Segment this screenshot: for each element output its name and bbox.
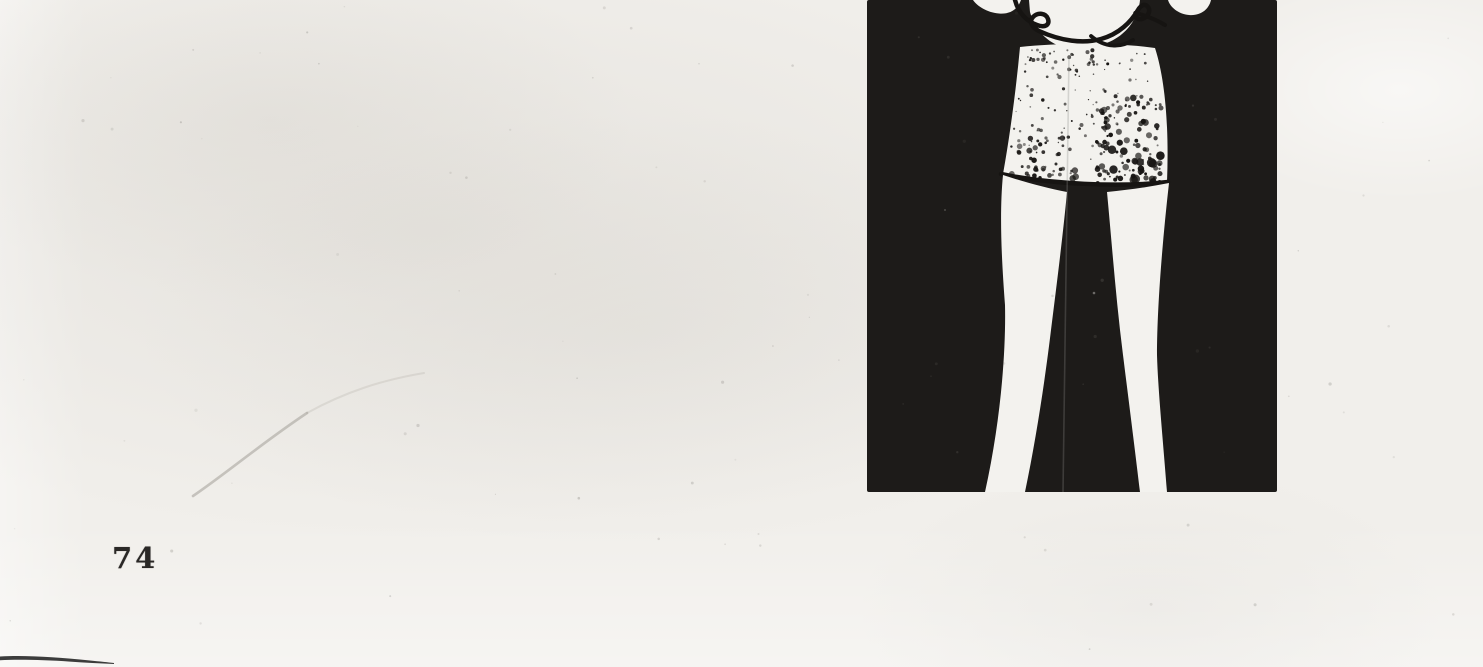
texture-dot — [1096, 63, 1098, 65]
texture-dot — [1106, 62, 1109, 65]
texture-dot — [1153, 176, 1157, 180]
texture-dot — [1052, 170, 1055, 173]
texture-dot — [1041, 98, 1044, 101]
texture-dot — [1047, 107, 1049, 109]
texture-dot — [1117, 105, 1122, 110]
texture-dot — [1023, 143, 1026, 146]
bottom-edge-streak — [0, 656, 114, 664]
texture-dot — [1104, 117, 1110, 123]
texture-dot — [1095, 140, 1098, 143]
texture-dot — [465, 176, 468, 179]
texture-dot — [1079, 75, 1081, 77]
texture-dot — [1093, 104, 1094, 105]
texture-dot — [757, 533, 759, 535]
texture-dot — [81, 119, 84, 122]
texture-dot — [1027, 56, 1029, 58]
texture-dot — [1087, 63, 1091, 67]
texture-dot — [1127, 112, 1132, 117]
texture-dot — [1139, 95, 1143, 99]
texture-dot — [1146, 132, 1152, 138]
texture-dot — [1017, 150, 1021, 154]
texture-dot — [1041, 150, 1045, 154]
texture-dot — [1103, 151, 1105, 153]
texture-dot — [1073, 65, 1074, 66]
texture-dot — [10, 620, 11, 621]
texture-dot — [336, 253, 339, 256]
texture-dot — [1020, 100, 1021, 101]
texture-dot — [1098, 143, 1102, 147]
texture-dot — [734, 459, 736, 461]
texture-dot — [1328, 382, 1331, 385]
texture-dot — [1018, 98, 1020, 100]
texture-dot — [1104, 69, 1105, 70]
texture-dot — [14, 528, 15, 529]
texture-dot — [1124, 117, 1129, 122]
texture-dot — [1051, 67, 1054, 70]
texture-dot — [1064, 103, 1067, 106]
texture-dot — [1075, 74, 1077, 76]
texture-dot — [1144, 53, 1146, 55]
texture-dot — [1142, 106, 1146, 110]
texture-dot — [1056, 153, 1059, 156]
scratch-mark — [193, 413, 307, 496]
texture-dot — [1343, 411, 1345, 413]
texture-dot — [1019, 130, 1021, 132]
texture-dot — [1124, 174, 1126, 176]
texture-dot — [1063, 127, 1065, 129]
texture-dot — [1157, 144, 1159, 146]
texture-dot — [1128, 78, 1131, 81]
texture-dot — [1104, 123, 1110, 129]
texture-dot — [578, 497, 581, 500]
texture-dot — [1036, 152, 1038, 154]
texture-dot — [318, 63, 320, 65]
texture-dot — [1121, 162, 1124, 165]
texture-dot — [1116, 100, 1119, 103]
texture-dot — [1144, 147, 1149, 152]
texture-dot — [1109, 165, 1117, 173]
texture-dot — [1362, 194, 1364, 196]
texture-dot — [1104, 170, 1108, 174]
texture-dot — [259, 52, 261, 54]
texture-dot — [1155, 108, 1158, 111]
texture-dot — [1030, 151, 1032, 153]
texture-dot — [1154, 123, 1160, 128]
texture-dot — [1149, 98, 1153, 102]
texture-dot — [1124, 137, 1130, 143]
plate-dust-speck — [944, 209, 946, 211]
texture-dot — [698, 63, 699, 64]
texture-dot — [1024, 536, 1026, 538]
texture-dot — [194, 409, 197, 412]
texture-dot — [1114, 117, 1115, 118]
texture-dot — [1054, 109, 1056, 111]
texture-dot — [1053, 51, 1055, 53]
texture-dot — [123, 440, 125, 442]
texture-dot — [1037, 128, 1041, 132]
texture-dot — [1093, 63, 1095, 65]
texture-dot — [1044, 549, 1047, 552]
texture-dot — [111, 128, 114, 131]
texture-dot — [1069, 175, 1075, 181]
texture-dot — [1049, 52, 1051, 54]
texture-dot — [1086, 50, 1090, 54]
texture-dot — [1144, 172, 1147, 175]
texture-dot — [1088, 99, 1089, 100]
texture-dot — [1097, 173, 1102, 178]
texture-dot — [576, 377, 578, 379]
texture-dot — [1138, 169, 1144, 175]
texture-dot — [1156, 151, 1165, 160]
texture-dot — [1387, 325, 1390, 328]
texture-dot — [1109, 176, 1111, 178]
texture-dot — [838, 359, 839, 360]
texture-dot — [1106, 135, 1108, 137]
texture-dot — [1149, 153, 1151, 155]
texture-dot — [201, 138, 203, 140]
texture-dot — [721, 381, 724, 384]
texture-dot — [231, 482, 233, 484]
texture-dot — [1108, 133, 1113, 138]
texture-dot — [1153, 136, 1157, 140]
texture-dot — [1136, 95, 1138, 97]
texture-dot — [1130, 95, 1137, 102]
texture-dot — [1157, 160, 1163, 166]
texture-dot — [1031, 49, 1033, 51]
texture-dot — [1029, 93, 1033, 97]
texture-dot — [1066, 49, 1068, 51]
texture-dot — [1146, 104, 1148, 106]
texture-dot — [1071, 120, 1073, 122]
texture-dot — [1060, 135, 1066, 141]
texture-dot — [180, 121, 182, 123]
texture-dot — [1136, 53, 1138, 55]
texture-dot — [23, 379, 24, 380]
texture-dot — [809, 317, 810, 318]
texture-dot — [1119, 63, 1121, 65]
texture-dot — [1021, 165, 1024, 168]
texture-dot — [306, 31, 308, 33]
texture-dot — [1126, 159, 1130, 163]
texture-dot — [1393, 456, 1395, 458]
texture-dot — [449, 172, 451, 174]
texture-dot — [1132, 169, 1135, 172]
texture-dot — [1134, 111, 1138, 115]
texture-dot — [1062, 87, 1065, 90]
texture-dot — [389, 595, 391, 597]
halftone-illustration — [867, 0, 1277, 492]
texture-dot — [1058, 173, 1062, 177]
texture-dot — [554, 273, 556, 275]
texture-dot — [1031, 124, 1034, 127]
texture-dot — [1095, 101, 1097, 103]
texture-dot — [1062, 144, 1065, 147]
texture-dot — [1159, 103, 1162, 106]
texture-dot — [1129, 68, 1131, 70]
texture-dot — [1122, 164, 1129, 171]
texture-dot — [1051, 174, 1053, 176]
texture-dot — [703, 180, 705, 182]
texture-dot — [1025, 63, 1027, 65]
texture-dot — [1135, 143, 1140, 148]
texture-dot — [1024, 70, 1026, 72]
texture-dot — [1120, 147, 1128, 155]
texture-dot — [691, 482, 694, 485]
texture-dot — [1070, 53, 1073, 56]
texture-dot — [1091, 114, 1093, 116]
texture-dot — [1155, 104, 1157, 106]
texture-dot — [1046, 61, 1048, 63]
texture-dot — [1157, 171, 1162, 176]
texture-dot — [1096, 165, 1099, 168]
texture-dot — [1070, 172, 1072, 174]
texture-dot — [1057, 75, 1061, 79]
texture-dot — [1028, 145, 1029, 146]
texture-dot — [1044, 136, 1047, 139]
texture-dot — [1046, 75, 1049, 78]
texture-dot — [1028, 136, 1033, 141]
texture-dot — [1072, 167, 1078, 173]
texture-dot — [1150, 603, 1153, 606]
texture-dot — [1102, 140, 1107, 145]
texture-dot — [1101, 107, 1107, 113]
texture-dot — [1096, 108, 1099, 111]
texture-dot — [1135, 153, 1142, 160]
texture-dot — [1029, 106, 1031, 108]
texture-dot — [1075, 89, 1077, 91]
texture-dot — [1452, 613, 1455, 616]
texture-dot — [1134, 139, 1138, 143]
texture-dot — [791, 64, 794, 67]
texture-dot — [1099, 163, 1105, 169]
texture-dot — [1382, 122, 1383, 123]
texture-dot — [1124, 105, 1126, 107]
texture-dot — [495, 494, 496, 495]
texture-dot — [1133, 143, 1136, 146]
texture-dot — [1108, 114, 1111, 117]
texture-dot — [1135, 79, 1137, 81]
texture-dot — [509, 129, 511, 131]
texture-dot — [1108, 145, 1116, 153]
texture-dot — [1093, 123, 1095, 125]
texture-dot — [1142, 163, 1144, 165]
texture-dot — [1039, 52, 1041, 54]
texture-dot — [1061, 167, 1065, 171]
texture-dot — [592, 77, 594, 79]
texture-dot — [1025, 172, 1029, 176]
texture-dot — [1090, 158, 1091, 159]
texture-dot — [1036, 49, 1039, 52]
texture-dot — [1114, 94, 1118, 98]
texture-dot — [1080, 123, 1084, 127]
texture-dot — [807, 294, 809, 296]
texture-dot — [1118, 171, 1120, 173]
texture-dot — [1100, 152, 1103, 155]
texture-dot — [724, 543, 726, 545]
texture-dot — [199, 622, 201, 624]
texture-dot — [1031, 157, 1036, 162]
texture-dot — [1075, 69, 1078, 72]
texture-dot — [110, 77, 111, 78]
texture-dot — [357, 126, 358, 127]
texture-dot — [1068, 148, 1072, 152]
texture-dot — [1090, 90, 1091, 91]
texture-dot — [1104, 59, 1106, 61]
texture-dot — [1428, 160, 1430, 162]
texture-dot — [1036, 58, 1039, 61]
texture-dot — [1089, 648, 1091, 650]
texture-dot — [1117, 140, 1123, 146]
scratch-mark-tail — [307, 373, 424, 413]
texture-dot — [1141, 119, 1146, 124]
texture-dot — [1298, 250, 1299, 251]
texture-dot — [1447, 38, 1449, 40]
texture-dot — [1034, 165, 1038, 169]
texture-dot — [1092, 60, 1095, 63]
texture-dot — [655, 166, 657, 168]
texture-dot — [562, 341, 563, 342]
texture-dot — [1047, 173, 1052, 178]
texture-dot — [1104, 131, 1106, 133]
texture-dot — [1027, 165, 1031, 169]
texture-dot — [1017, 139, 1020, 142]
texture-dot — [1030, 57, 1032, 59]
texture-dot — [1146, 101, 1149, 104]
texture-dot — [1111, 103, 1114, 106]
book-page: 74 — [0, 0, 1483, 667]
texture-dot — [1128, 105, 1131, 108]
texture-dot — [630, 27, 633, 30]
texture-dot — [1010, 145, 1012, 147]
texture-dot — [1113, 178, 1117, 182]
texture-dot — [1038, 142, 1042, 146]
texture-dot — [1102, 88, 1105, 91]
texture-dot — [1143, 175, 1148, 180]
texture-dot — [1026, 148, 1032, 154]
texture-dot — [1159, 106, 1164, 111]
texture-dot — [1086, 114, 1088, 116]
texture-dot — [1147, 80, 1148, 81]
texture-dot — [1093, 73, 1095, 75]
texture-dot — [1055, 163, 1058, 166]
texture-dot — [1078, 127, 1081, 130]
texture-dot — [192, 49, 194, 51]
texture-dot — [1144, 62, 1147, 65]
texture-dot — [1117, 93, 1118, 94]
texture-dot — [344, 6, 346, 8]
texture-dot — [1041, 117, 1044, 120]
texture-dot — [1084, 134, 1087, 137]
texture-dot — [1046, 139, 1049, 142]
texture-dot — [1061, 132, 1063, 134]
plate-dust-speck — [1093, 292, 1096, 295]
texture-dot — [1013, 128, 1015, 130]
texture-dot — [1058, 142, 1059, 143]
texture-dot — [1288, 395, 1290, 397]
girl-figure-drawing — [867, 0, 1277, 492]
texture-dot — [458, 290, 460, 292]
texture-dot — [1036, 139, 1039, 142]
texture-dot — [1041, 166, 1046, 171]
texture-dot — [1137, 127, 1142, 132]
texture-dot — [1116, 123, 1118, 125]
texture-dot — [1116, 129, 1122, 135]
texture-dot — [1254, 603, 1257, 606]
texture-dot — [1015, 111, 1016, 112]
texture-dot — [603, 6, 606, 9]
texture-dot — [1090, 48, 1094, 52]
texture-dot — [1062, 59, 1064, 61]
texture-dot — [404, 432, 407, 435]
texture-dot — [1129, 169, 1131, 171]
texture-dot — [1136, 100, 1140, 104]
texture-dot — [416, 424, 419, 427]
texture-dot — [1091, 145, 1094, 148]
texture-dot — [1153, 166, 1158, 171]
texture-dot — [1066, 110, 1067, 111]
texture-dot — [657, 538, 660, 541]
texture-dot — [170, 549, 173, 552]
texture-dot — [1042, 53, 1046, 57]
texture-dot — [1041, 58, 1045, 62]
texture-dot — [772, 345, 774, 347]
texture-dot — [1090, 54, 1094, 58]
texture-dot — [1026, 85, 1028, 87]
texture-dot — [1033, 145, 1038, 150]
texture-dot — [1017, 144, 1023, 150]
texture-dot — [1054, 60, 1058, 64]
texture-dot — [1030, 88, 1034, 92]
texture-dot — [1103, 178, 1106, 181]
page-number: 74 — [112, 541, 158, 575]
texture-dot — [1187, 524, 1190, 527]
texture-dot — [1130, 59, 1133, 62]
texture-dot — [759, 544, 761, 546]
texture-dot — [1125, 96, 1130, 101]
texture-dot — [1158, 168, 1160, 170]
texture-dot — [1044, 142, 1047, 145]
